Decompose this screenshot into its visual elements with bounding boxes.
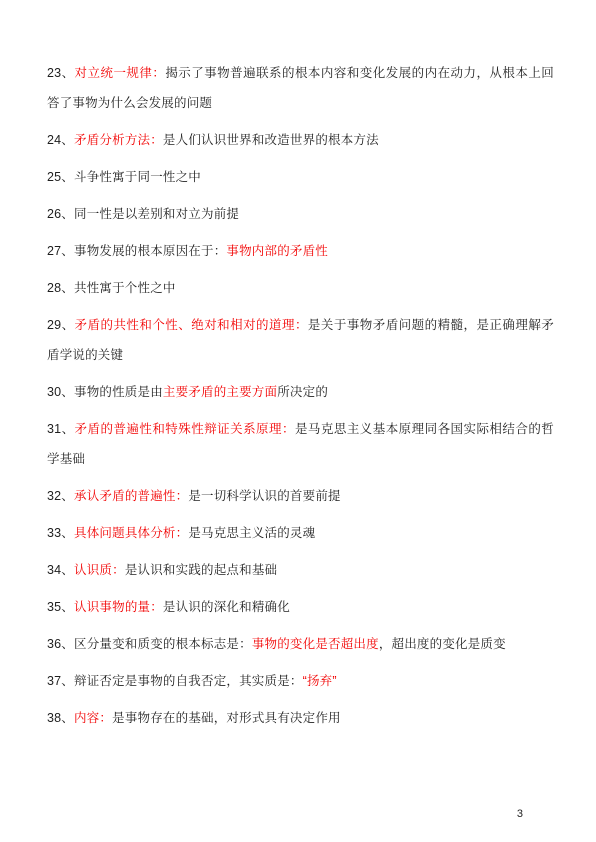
note-text: 是事物存在的基础，对形式具有决定作用 [112,711,341,725]
note-text: 是马克思主义活的灵魂 [188,526,315,540]
note-item-25: 25、斗争性寓于同一性之中 [47,162,554,192]
note-item-26: 26、同一性是以差别和对立为前提 [47,199,554,229]
note-text: 是一切科学认识的首要前提 [188,489,340,503]
note-text: 37、辩证否定是事物的自我否定，其实质是： [47,674,303,688]
note-item-28: 28、共性寓于个性之中 [47,273,554,303]
note-text: 30、事物的性质是由 [47,385,163,399]
note-text: 25、斗争性寓于同一性之中 [47,170,201,184]
note-key-term: 矛盾的普遍性和特殊性辩证关系原理： [75,422,295,436]
note-text: 是人们认识世界和改造世界的根本方法 [163,133,379,147]
note-item-33: 33、具体问题具体分析：是马克思主义活的灵魂 [47,518,554,548]
note-text: 34、 [47,563,74,577]
note-key-term: 具体问题具体分析： [74,526,188,540]
note-item-29: 29、矛盾的共性和个性、绝对和相对的道理：是关于事物矛盾问题的精髓，是正确理解矛… [47,310,554,370]
note-text: ，超出度的变化是质变 [379,637,506,651]
note-key-term: 承认矛盾的普遍性： [74,489,188,503]
note-key-term: 内容： [74,711,112,725]
note-item-38: 38、内容：是事物存在的基础，对形式具有决定作用 [47,703,554,733]
note-item-36: 36、区分量变和质变的根本标志是：事物的变化是否超出度，超出度的变化是质变 [47,629,554,659]
note-key-term: 主要矛盾的主要方面 [163,385,277,399]
note-text: 38、 [47,711,74,725]
note-text: 24、 [47,133,74,147]
note-item-23: 23、对立统一规律：揭示了事物普遍联系的根本内容和变化发展的内在动力，从根本上回… [47,58,554,118]
note-key-term: 矛盾分析方法： [74,133,163,147]
note-text: 27、事物发展的根本原因在于： [47,244,226,258]
note-key-term: 对立统一规律： [75,66,166,80]
document-page: 23、对立统一规律：揭示了事物普遍联系的根本内容和变化发展的内在动力，从根本上回… [0,0,596,842]
note-item-27: 27、事物发展的根本原因在于：事物内部的矛盾性 [47,236,554,266]
page-footer: 3 [0,806,523,822]
note-text: 31、 [47,422,75,436]
note-text: 是认识的深化和精确化 [163,600,290,614]
note-text: 32、 [47,489,74,503]
page-number: 3 [517,808,523,820]
note-text: 23、 [47,66,75,80]
note-key-term: 事物内部的矛盾性 [226,244,328,258]
note-text: 所决定的 [277,385,328,399]
note-item-30: 30、事物的性质是由主要矛盾的主要方面所决定的 [47,377,554,407]
note-text: 是认识和实践的起点和基础 [125,563,277,577]
note-item-24: 24、矛盾分析方法：是人们认识世界和改造世界的根本方法 [47,125,554,155]
note-text: 26、同一性是以差别和对立为前提 [47,207,239,221]
note-text: 36、区分量变和质变的根本标志是： [47,637,252,651]
note-item-32: 32、承认矛盾的普遍性：是一切科学认识的首要前提 [47,481,554,511]
note-item-35: 35、认识事物的量：是认识的深化和精确化 [47,592,554,622]
note-key-term: 认识事物的量： [74,600,163,614]
note-key-term: “扬弃” [303,674,337,688]
note-text: 29、 [47,318,75,332]
note-item-34: 34、认识质：是认识和实践的起点和基础 [47,555,554,585]
note-key-term: 认识质： [74,563,125,577]
note-key-term: 矛盾的共性和个性、绝对和相对的道理： [75,318,308,332]
note-item-31: 31、矛盾的普遍性和特殊性辩证关系原理：是马克思主义基本原理同各国实际相结合的哲… [47,414,554,474]
note-key-term: 事物的变化是否超出度 [252,637,379,651]
note-text: 33、 [47,526,74,540]
note-text: 35、 [47,600,74,614]
notes-list: 23、对立统一规律：揭示了事物普遍联系的根本内容和变化发展的内在动力，从根本上回… [47,58,554,740]
note-item-37: 37、辩证否定是事物的自我否定，其实质是：“扬弃” [47,666,554,696]
note-text: 28、共性寓于个性之中 [47,281,176,295]
